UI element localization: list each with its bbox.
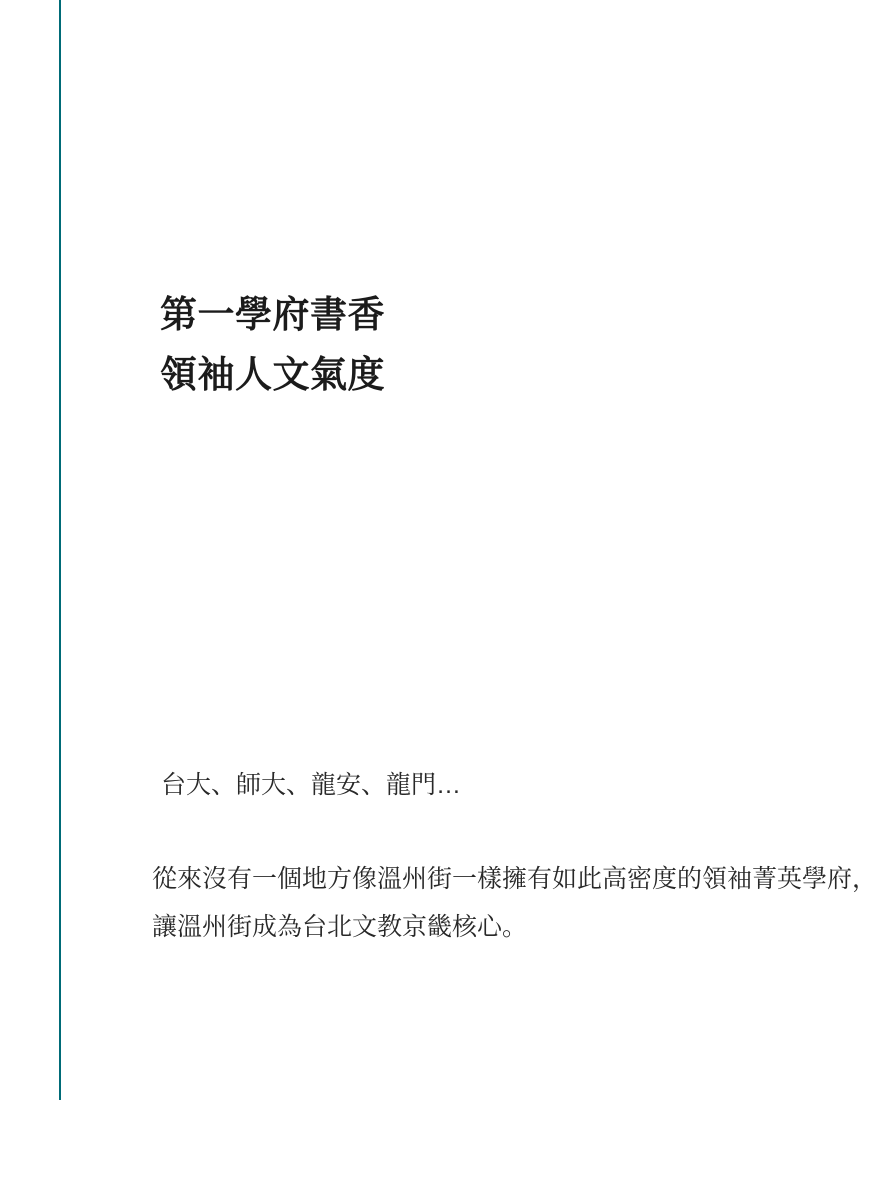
page-title-line-2: 領袖人文氣度 bbox=[160, 345, 385, 405]
body-paragraph-line-2: 讓溫州街成為台北文教京畿核心。 bbox=[152, 903, 877, 951]
left-accent-rule bbox=[59, 0, 61, 1100]
page-title: 第一學府書香 領袖人文氣度 bbox=[160, 285, 385, 405]
intro-text: 台大、師大、龍安、龍門… bbox=[161, 770, 461, 800]
body-paragraph: 從來沒有一個地方像溫州街一樣擁有如此高密度的領袖菁英學府， 讓溫州街成為台北文教… bbox=[152, 855, 877, 951]
document-page: 第一學府書香 領袖人文氣度 台大、師大、龍安、龍門… 從來沒有一個地方像溫州街一… bbox=[0, 0, 880, 1199]
body-paragraph-line-1: 從來沒有一個地方像溫州街一樣擁有如此高密度的領袖菁英學府， bbox=[152, 855, 877, 903]
page-title-line-1: 第一學府書香 bbox=[160, 285, 385, 345]
